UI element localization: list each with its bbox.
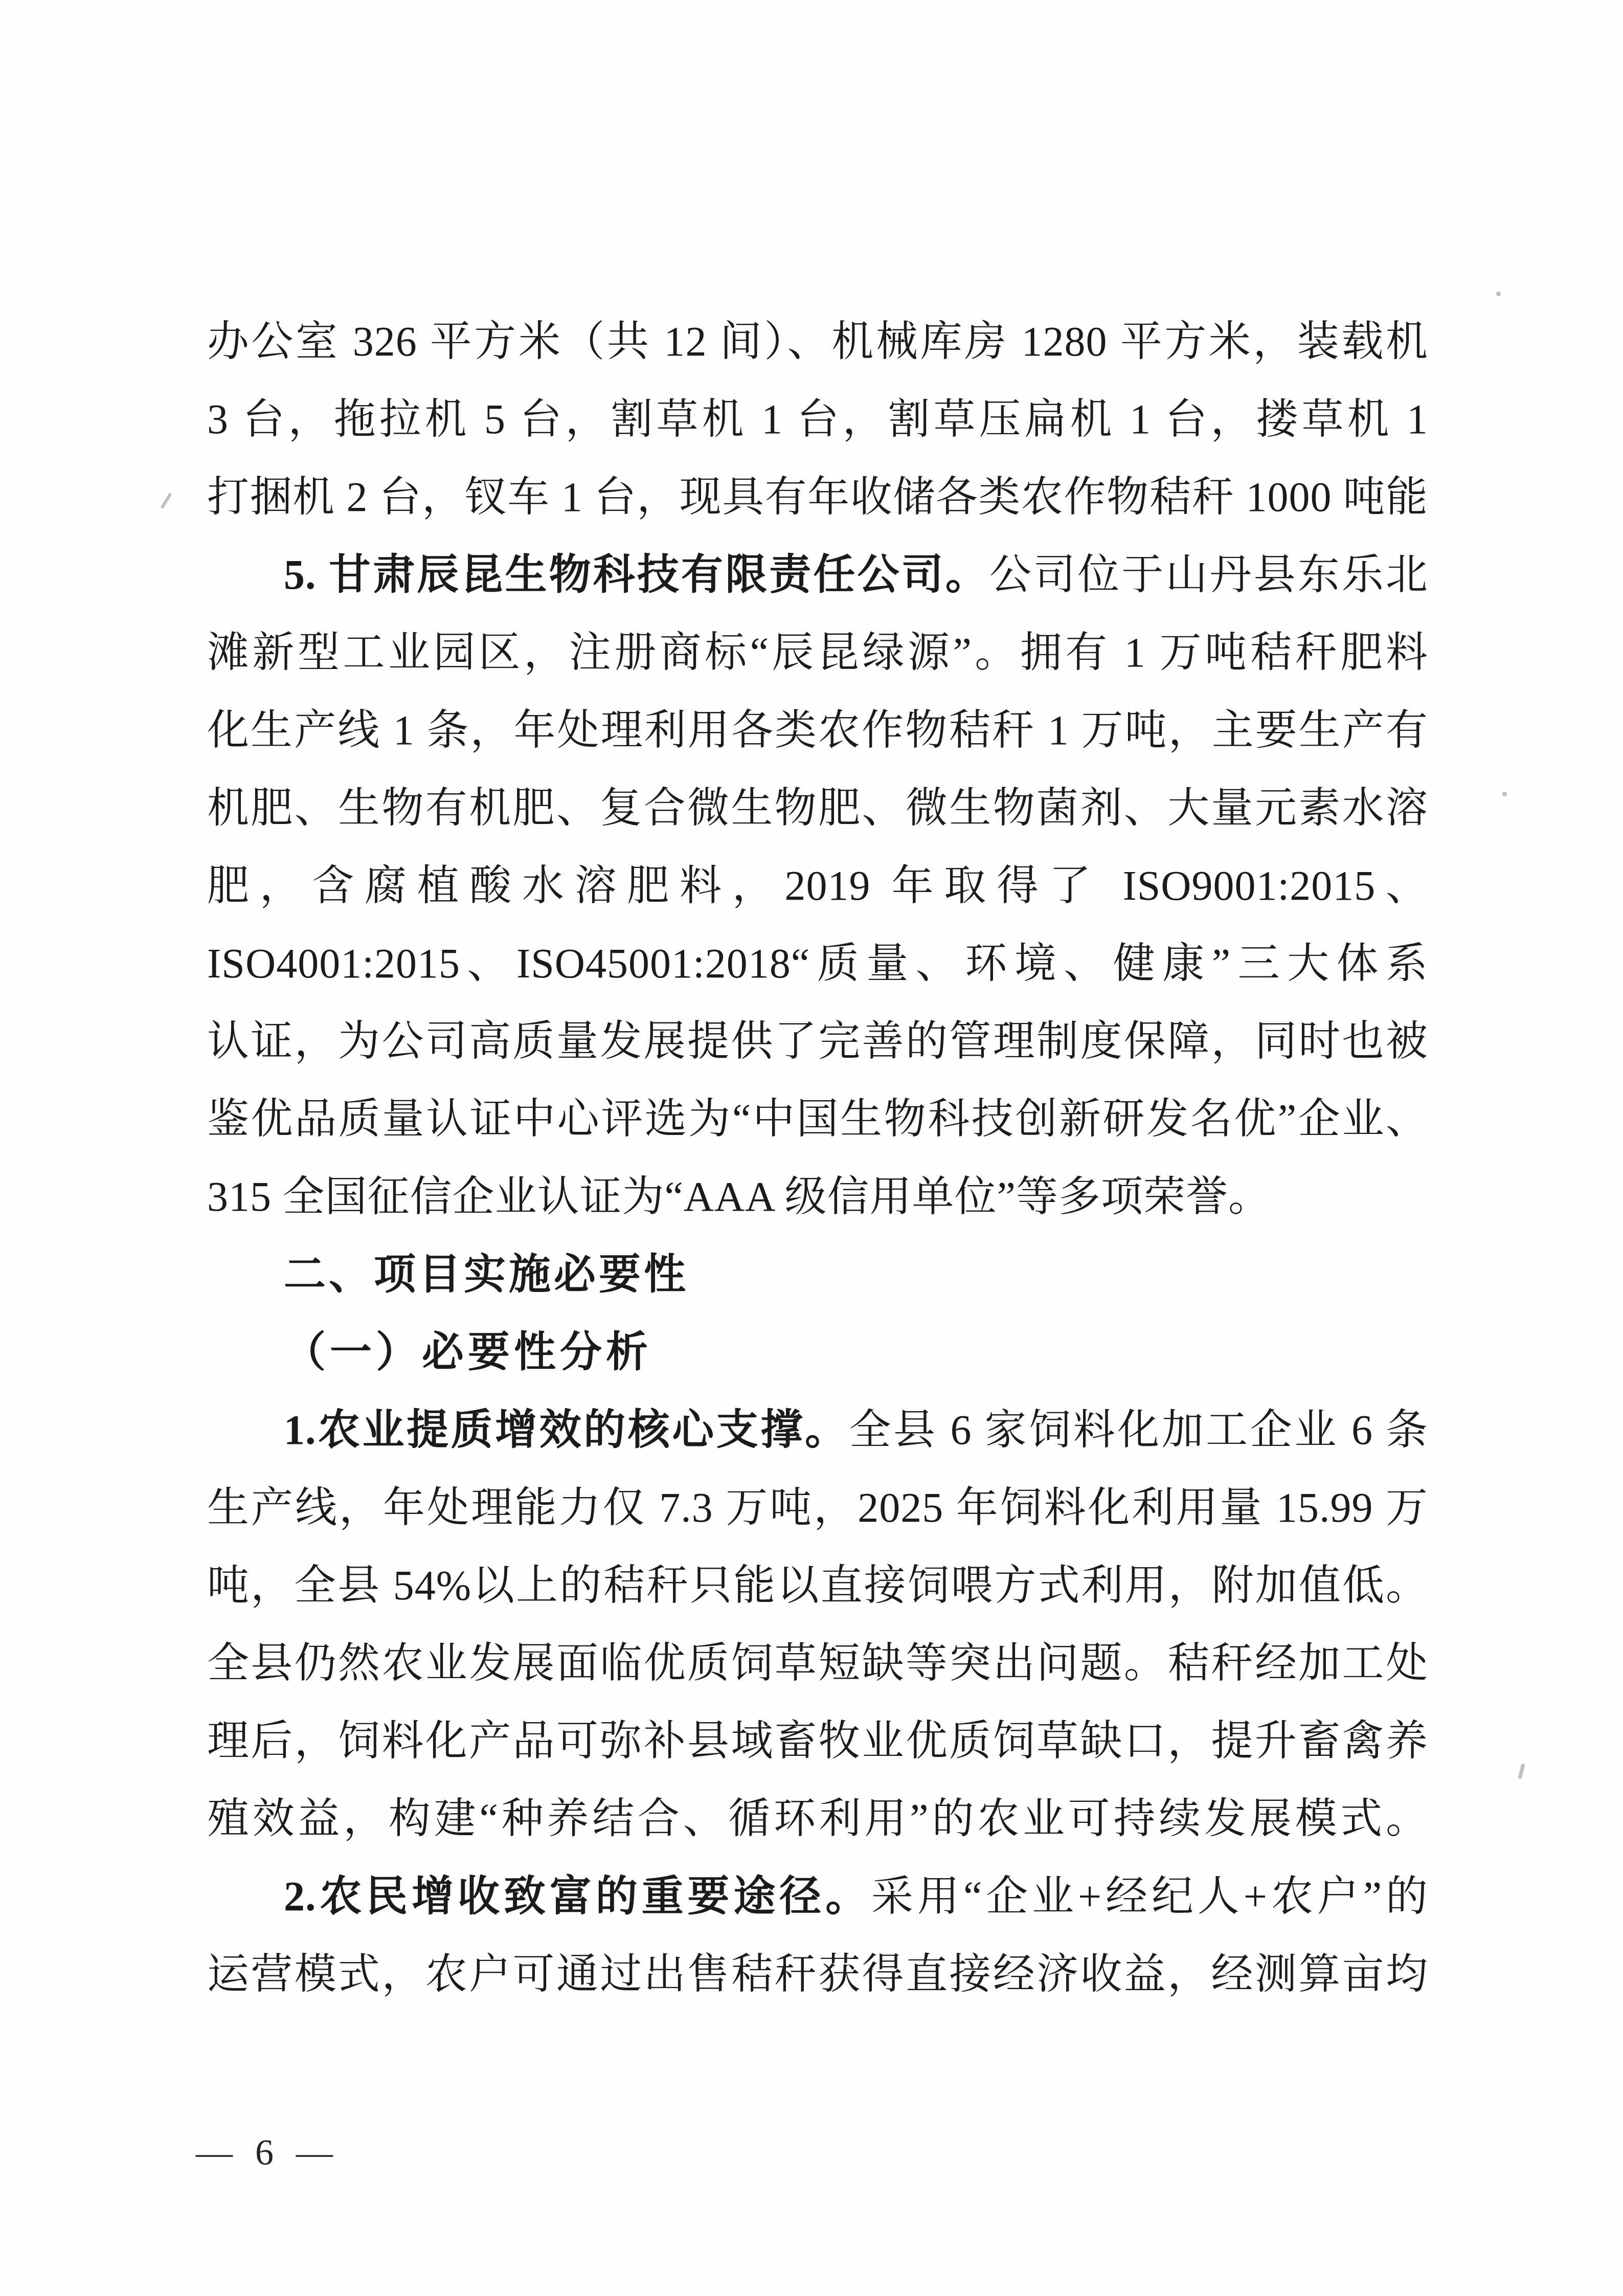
text-run: ISO4001:2015、ISO45001:2018“质量、环境、健康”三大体系 (207, 940, 1428, 987)
text-run: 机肥、生物有机肥、复合微生物肥、微生物菌剂、大量元素水溶 (207, 785, 1428, 831)
text-line: 殖效益，构建“种养结合、循环利用”的农业可持续发展模式。 (207, 1780, 1428, 1858)
text-run: 3 台，拖拉机 5 台，割草机 1 台，割草压扁机 1 台，搂草机 1 台， (207, 396, 1428, 458)
body-text: 办公室 326 平方米（共 12 间）、机械库房 1280 平方米，装载机3 台… (207, 303, 1428, 2013)
text-run: 采用“企业+经纪人+农户”的 (871, 1873, 1428, 1920)
text-run: 5. 甘肃辰昆生物科技有限责任公司。 (284, 551, 989, 598)
scan-artifact-quote (1518, 1764, 1525, 1779)
text-run: 打捆机 2 台，钗车 1 台，现具有年收储各类农作物秸秆 1000 吨能力。 (207, 474, 1428, 536)
text-run: 殖效益，构建“种养结合、循环利用”的农业可持续发展模式。 (207, 1795, 1428, 1842)
text-line: 1.农业提质增效的核心支撑。全县 6 家饲料化加工企业 6 条 (207, 1391, 1428, 1469)
text-line: 5. 甘肃辰昆生物科技有限责任公司。公司位于山丹县东乐北 (207, 536, 1428, 614)
text-run: 鉴优品质量认证中心评选为“中国生物科技创新研发名优”企业、 (207, 1096, 1428, 1142)
text-line: 办公室 326 平方米（共 12 间）、机械库房 1280 平方米，装载机 (207, 303, 1428, 381)
text-run: 运营模式，农户可通过出售秸秆获得直接经济收益，经测算亩均 (207, 1951, 1428, 1997)
text-line: 打捆机 2 台，钗车 1 台，现具有年收储各类农作物秸秆 1000 吨能力。 (207, 458, 1428, 536)
text-line: 生产线，年处理能力仅 7.3 万吨，2025 年饲料化利用量 15.99 万 (207, 1469, 1428, 1547)
text-line: 2.农民增收致富的重要途径。采用“企业+经纪人+农户”的 (207, 1858, 1428, 1935)
text-run: 315 全国征信企业认证为“AAA 级信用单位”等多项荣誉。 (207, 1173, 1271, 1220)
document-page: 办公室 326 平方米（共 12 间）、机械库房 1280 平方米，装载机3 台… (0, 0, 1623, 2296)
scan-artifact-dot (1496, 292, 1501, 296)
text-line: 认证，为公司高质量发展提供了完善的管理制度保障，同时也被 (207, 1002, 1428, 1080)
text-line: 理后，饲料化产品可弥补县域畜牧业优质饲草缺口，提升畜禽养 (207, 1702, 1428, 1780)
text-line: （一）必要性分析 (207, 1313, 1428, 1391)
page-number: — 6 — (196, 2132, 333, 2173)
text-line: 化生产线 1 条，年处理利用各类农作物秸秆 1 万吨，主要生产有 (207, 692, 1428, 769)
text-line: 运营模式，农户可通过出售秸秆获得直接经济收益，经测算亩均 (207, 1935, 1428, 2013)
text-line: 机肥、生物有机肥、复合微生物肥、微生物菌剂、大量元素水溶 (207, 769, 1428, 847)
text-run: 二、项目实施必要性 (284, 1251, 689, 1298)
text-run: 理后，饲料化产品可弥补县域畜牧业优质饲草缺口，提升畜禽养 (207, 1718, 1428, 1764)
text-run: 认证，为公司高质量发展提供了完善的管理制度保障，同时也被 (207, 1018, 1428, 1064)
scan-artifact-tick (160, 493, 172, 509)
text-line: 二、项目实施必要性 (207, 1236, 1428, 1313)
text-run: 生产线，年处理能力仅 7.3 万吨，2025 年饲料化利用量 15.99 万 (207, 1484, 1428, 1531)
text-run: 肥，含腐植酸水溶肥料，2019 年取得了 ISO9001:2015、 (207, 862, 1428, 909)
text-line: 全县仍然农业发展面临优质饲草短缺等突出问题。秸秆经加工处 (207, 1624, 1428, 1702)
text-line: 315 全国征信企业认证为“AAA 级信用单位”等多项荣誉。 (207, 1158, 1428, 1236)
text-run: 化生产线 1 条，年处理利用各类农作物秸秆 1 万吨，主要生产有 (207, 707, 1428, 753)
text-line: 滩新型工业园区，注册商标“辰昆绿源”。拥有 1 万吨秸秆肥料 (207, 614, 1428, 692)
text-run: （一）必要性分析 (284, 1329, 652, 1375)
text-run: 全县 6 家饲料化加工企业 6 条 (849, 1407, 1428, 1453)
text-run: 1.农业提质增效的核心支撑。 (284, 1407, 849, 1453)
text-line: 肥，含腐植酸水溶肥料，2019 年取得了 ISO9001:2015、 (207, 847, 1428, 925)
text-run: 滩新型工业园区，注册商标“辰昆绿源”。拥有 1 万吨秸秆肥料 (207, 629, 1428, 676)
text-line: 鉴优品质量认证中心评选为“中国生物科技创新研发名优”企业、 (207, 1080, 1428, 1158)
text-run: 全县仍然农业发展面临优质饲草短缺等突出问题。秸秆经加工处 (207, 1640, 1428, 1686)
text-run: 公司位于山丹县东乐北 (989, 551, 1428, 598)
text-line: 吨，全县 54%以上的秸秆只能以直接饲喂方式利用，附加值低。 (207, 1547, 1428, 1624)
text-line: 3 台，拖拉机 5 台，割草机 1 台，割草压扁机 1 台，搂草机 1 台， (207, 381, 1428, 458)
text-run: 吨，全县 54%以上的秸秆只能以直接饲喂方式利用，附加值低。 (207, 1562, 1428, 1609)
text-run: 2.农民增收致富的重要途径。 (284, 1873, 871, 1920)
text-line: ISO4001:2015、ISO45001:2018“质量、环境、健康”三大体系 (207, 925, 1428, 1002)
text-run: 办公室 326 平方米（共 12 间）、机械库房 1280 平方米，装载机 (207, 318, 1428, 365)
scan-artifact-dot (1502, 792, 1507, 796)
